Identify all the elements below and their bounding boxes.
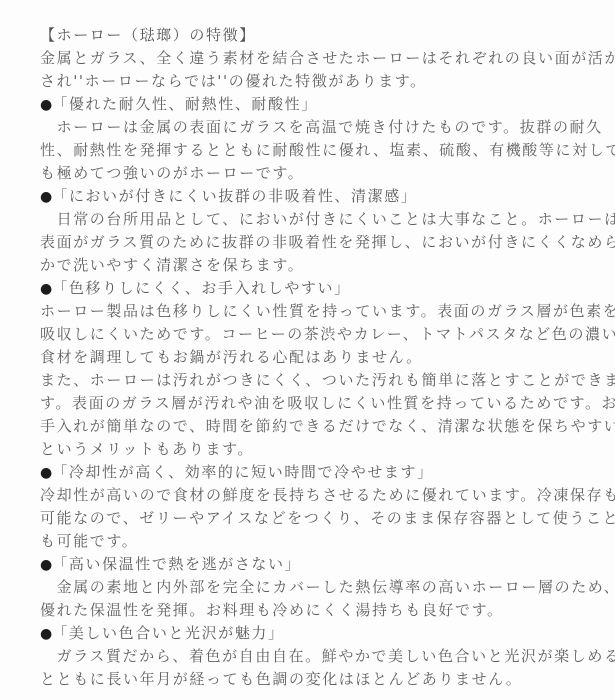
document-page: 【ホーロー（琺瑯）の特徴】 金属とガラス、全く違う素材を結合させたホーローはそれ…: [0, 0, 615, 700]
body-line: ガラス質だから、着色が自由自在。鮮やかで美しい色合いと光沢が楽しめる: [40, 645, 589, 668]
bullet-icon: ●: [40, 626, 52, 642]
section-heading-text: 「優れた耐久性、耐熱性、耐酸性」: [52, 95, 318, 113]
document-title: 【ホーロー（琺瑯）の特徴】: [40, 24, 589, 47]
bullet-icon: ●: [40, 281, 52, 297]
intro-line: 金属とガラス、全く違う素材を結合させたホーローはそれぞれの良い面が活か: [40, 47, 589, 70]
body-line: 表面がガラス質のために抜群の非吸着性を発揮し、においが付きにくくなめら: [40, 231, 589, 254]
section-heading: ●「冷却性が高く、効率的に短い時間で冷やせます」: [40, 461, 589, 484]
body-line: 日常の台所用品として、においが付きにくいことは大事なこと。ホーローは: [40, 208, 589, 231]
section-heading: ●「高い保温性で熱を逃がさない」: [40, 553, 589, 576]
body-line: す。表面のガラス層が汚れや油を吸収しにくい性質を持っているためです。お: [40, 392, 589, 415]
section-heading: ●「においが付きにくい抜群の非吸着性、清潔感」: [40, 185, 589, 208]
section-heading-text: 「高い保温性で熱を逃がさない」: [52, 555, 301, 573]
intro-line: され''ホーローならでは''の優れた特徴があります。: [40, 70, 589, 93]
body-line: ホーローは金属の表面にガラスを高温で焼き付けたものです。抜群の耐久: [40, 116, 589, 139]
body-line: 手入れが簡単なので、時間を節約できるだけでなく、清潔な状態を保ちやすい: [40, 415, 589, 438]
body-line: も極めてつ強いのがホーローです。: [40, 162, 589, 185]
body-line: というメリットもあります。: [40, 438, 589, 461]
body-line: 吸収しにくいためです。コーヒーの茶渋やカレー、トマトパスタなど色の濃い: [40, 323, 589, 346]
section-heading: ●「色移りしにくく、お手入れしやすい」: [40, 277, 589, 300]
section-heading-text: 「においが付きにくい抜群の非吸着性、清潔感」: [52, 187, 417, 205]
body-line: 可能なので、ゼリーやアイスなどをつくり、そのまま保存容器として使うこと: [40, 507, 589, 530]
body-line: 優れた保温性を発揮。お料理も冷めにくく湯持ちも良好です。: [40, 599, 589, 622]
body-line: 金属の素地と内外部を完全にカバーした熱伝導率の高いホーロー層のため、: [40, 576, 589, 599]
section-heading: ●「美しい色合いと光沢が魅力」: [40, 622, 589, 645]
bullet-icon: ●: [40, 465, 52, 481]
body-line: とともに長い年月が経っても色調の変化はほとんどありません。: [40, 668, 589, 691]
body-line: 冷却性が高いので食材の鮮度を長持ちさせるために優れています。冷凍保存も: [40, 484, 589, 507]
section-heading: ●「優れた耐久性、耐熱性、耐酸性」: [40, 93, 589, 116]
body-line: また、ホーローは汚れがつきにくく、ついた汚れも簡単に落とすことができま: [40, 369, 589, 392]
bullet-icon: ●: [40, 557, 52, 573]
body-line: も可能です。: [40, 530, 589, 553]
bullet-icon: ●: [40, 97, 52, 113]
section-heading-text: 「色移りしにくく、お手入れしやすい」: [52, 279, 351, 297]
section-heading-text: 「美しい色合いと光沢が魅力」: [52, 624, 284, 642]
bullet-icon: ●: [40, 189, 52, 205]
body-line: 性、耐熱性を発揮するとともに耐酸性に優れ、塩素、硫酸、有機酸等に対して: [40, 139, 589, 162]
section-heading-text: 「冷却性が高く、効率的に短い時間で冷やせます」: [52, 463, 434, 481]
body-line: 食材を調理してもお鍋が汚れる心配はありません。: [40, 346, 589, 369]
body-line: かで洗いやすく清潔さを保ちます。: [40, 254, 589, 277]
body-line: ホーロー製品は色移りしにくい性質を持っています。表面のガラス層が色素を: [40, 300, 589, 323]
